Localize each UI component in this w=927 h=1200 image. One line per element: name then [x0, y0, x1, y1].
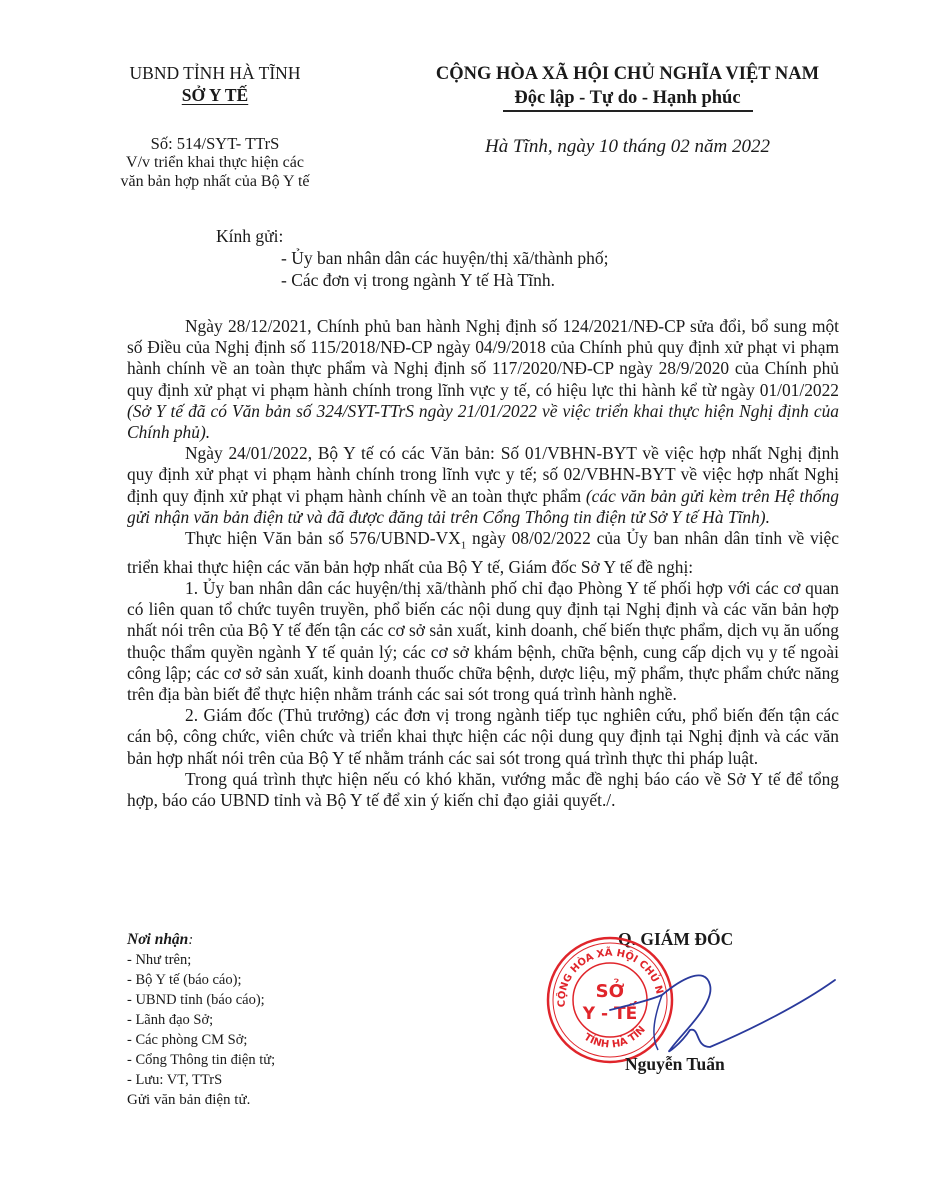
recipient-item: - Các phòng CM Sở; [127, 1030, 275, 1050]
addressee-item: - Các đơn vị trong ngành Y tế Hà Tĩnh. [281, 270, 555, 291]
document-number: Số: 514/SYT- TTrS [95, 134, 335, 153]
department-name: SỞ Y TẾ [95, 84, 335, 106]
letter-body: Ngày 28/12/2021, Chính phủ ban hành Nghị… [127, 316, 839, 811]
recipient-item: - Cổng Thông tin điện tử; [127, 1050, 275, 1070]
recipients-list: Nơi nhận: - Như trên; - Bộ Y tế (báo cáo… [127, 930, 275, 1110]
recipient-item: - Bộ Y tế (báo cáo); [127, 970, 275, 990]
handwritten-signature-icon [600, 955, 840, 1065]
signer-name: Nguyễn Tuấn [625, 1054, 725, 1075]
paragraph-2: Ngày 24/01/2022, Bộ Y tế có các Văn bản:… [127, 443, 839, 528]
addressees-label: Kính gửi: [216, 226, 283, 247]
place-date: Hà Tĩnh, ngày 10 tháng 02 năm 2022 [405, 136, 850, 158]
document-subject: V/v triển khai thực hiện các văn bản hợp… [95, 153, 335, 191]
motto-underline [503, 110, 753, 112]
recipient-item: Gửi văn bản điện tử. [127, 1090, 275, 1110]
recipients-title: Nơi nhận: [127, 930, 275, 950]
addressee-item: - Ủy ban nhân dân các huyện/thị xã/thành… [281, 248, 609, 269]
recipient-item: - Lãnh đạo Sở; [127, 1010, 275, 1030]
recipient-item: - Như trên; [127, 950, 275, 970]
paragraph-4: 1. Ủy ban nhân dân các huyện/thị xã/thàn… [127, 578, 839, 705]
agency-name: UBND TỈNH HÀ TĨNH [95, 62, 335, 84]
paragraph-1: Ngày 28/12/2021, Chính phủ ban hành Nghị… [127, 316, 839, 443]
subject-line-2: văn bản hợp nhất của Bộ Y tế [95, 172, 335, 191]
subject-line-1: V/v triển khai thực hiện các [95, 153, 335, 172]
paragraph-5: 2. Giám đốc (Thủ trưởng) các đơn vị tron… [127, 705, 839, 769]
nation-name: CỘNG HÒA XÃ HỘI CHỦ NGHĨA VIỆT NAM [405, 62, 850, 86]
national-motto: Độc lập - Tự do - Hạnh phúc [405, 86, 850, 110]
national-header: CỘNG HÒA XÃ HỘI CHỦ NGHĨA VIỆT NAM Độc l… [405, 62, 850, 112]
recipient-item: - Lưu: VT, TTrS [127, 1070, 275, 1090]
paragraph-3: Thực hiện Văn bản số 576/UBND-VX1 ngày 0… [127, 528, 839, 578]
issuing-agency-block: UBND TỈNH HÀ TĨNH SỞ Y TẾ [95, 62, 335, 106]
paragraph-6: Trong quá trình thực hiện nếu có khó khă… [127, 769, 839, 811]
recipient-item: - UBND tỉnh (báo cáo); [127, 990, 275, 1010]
